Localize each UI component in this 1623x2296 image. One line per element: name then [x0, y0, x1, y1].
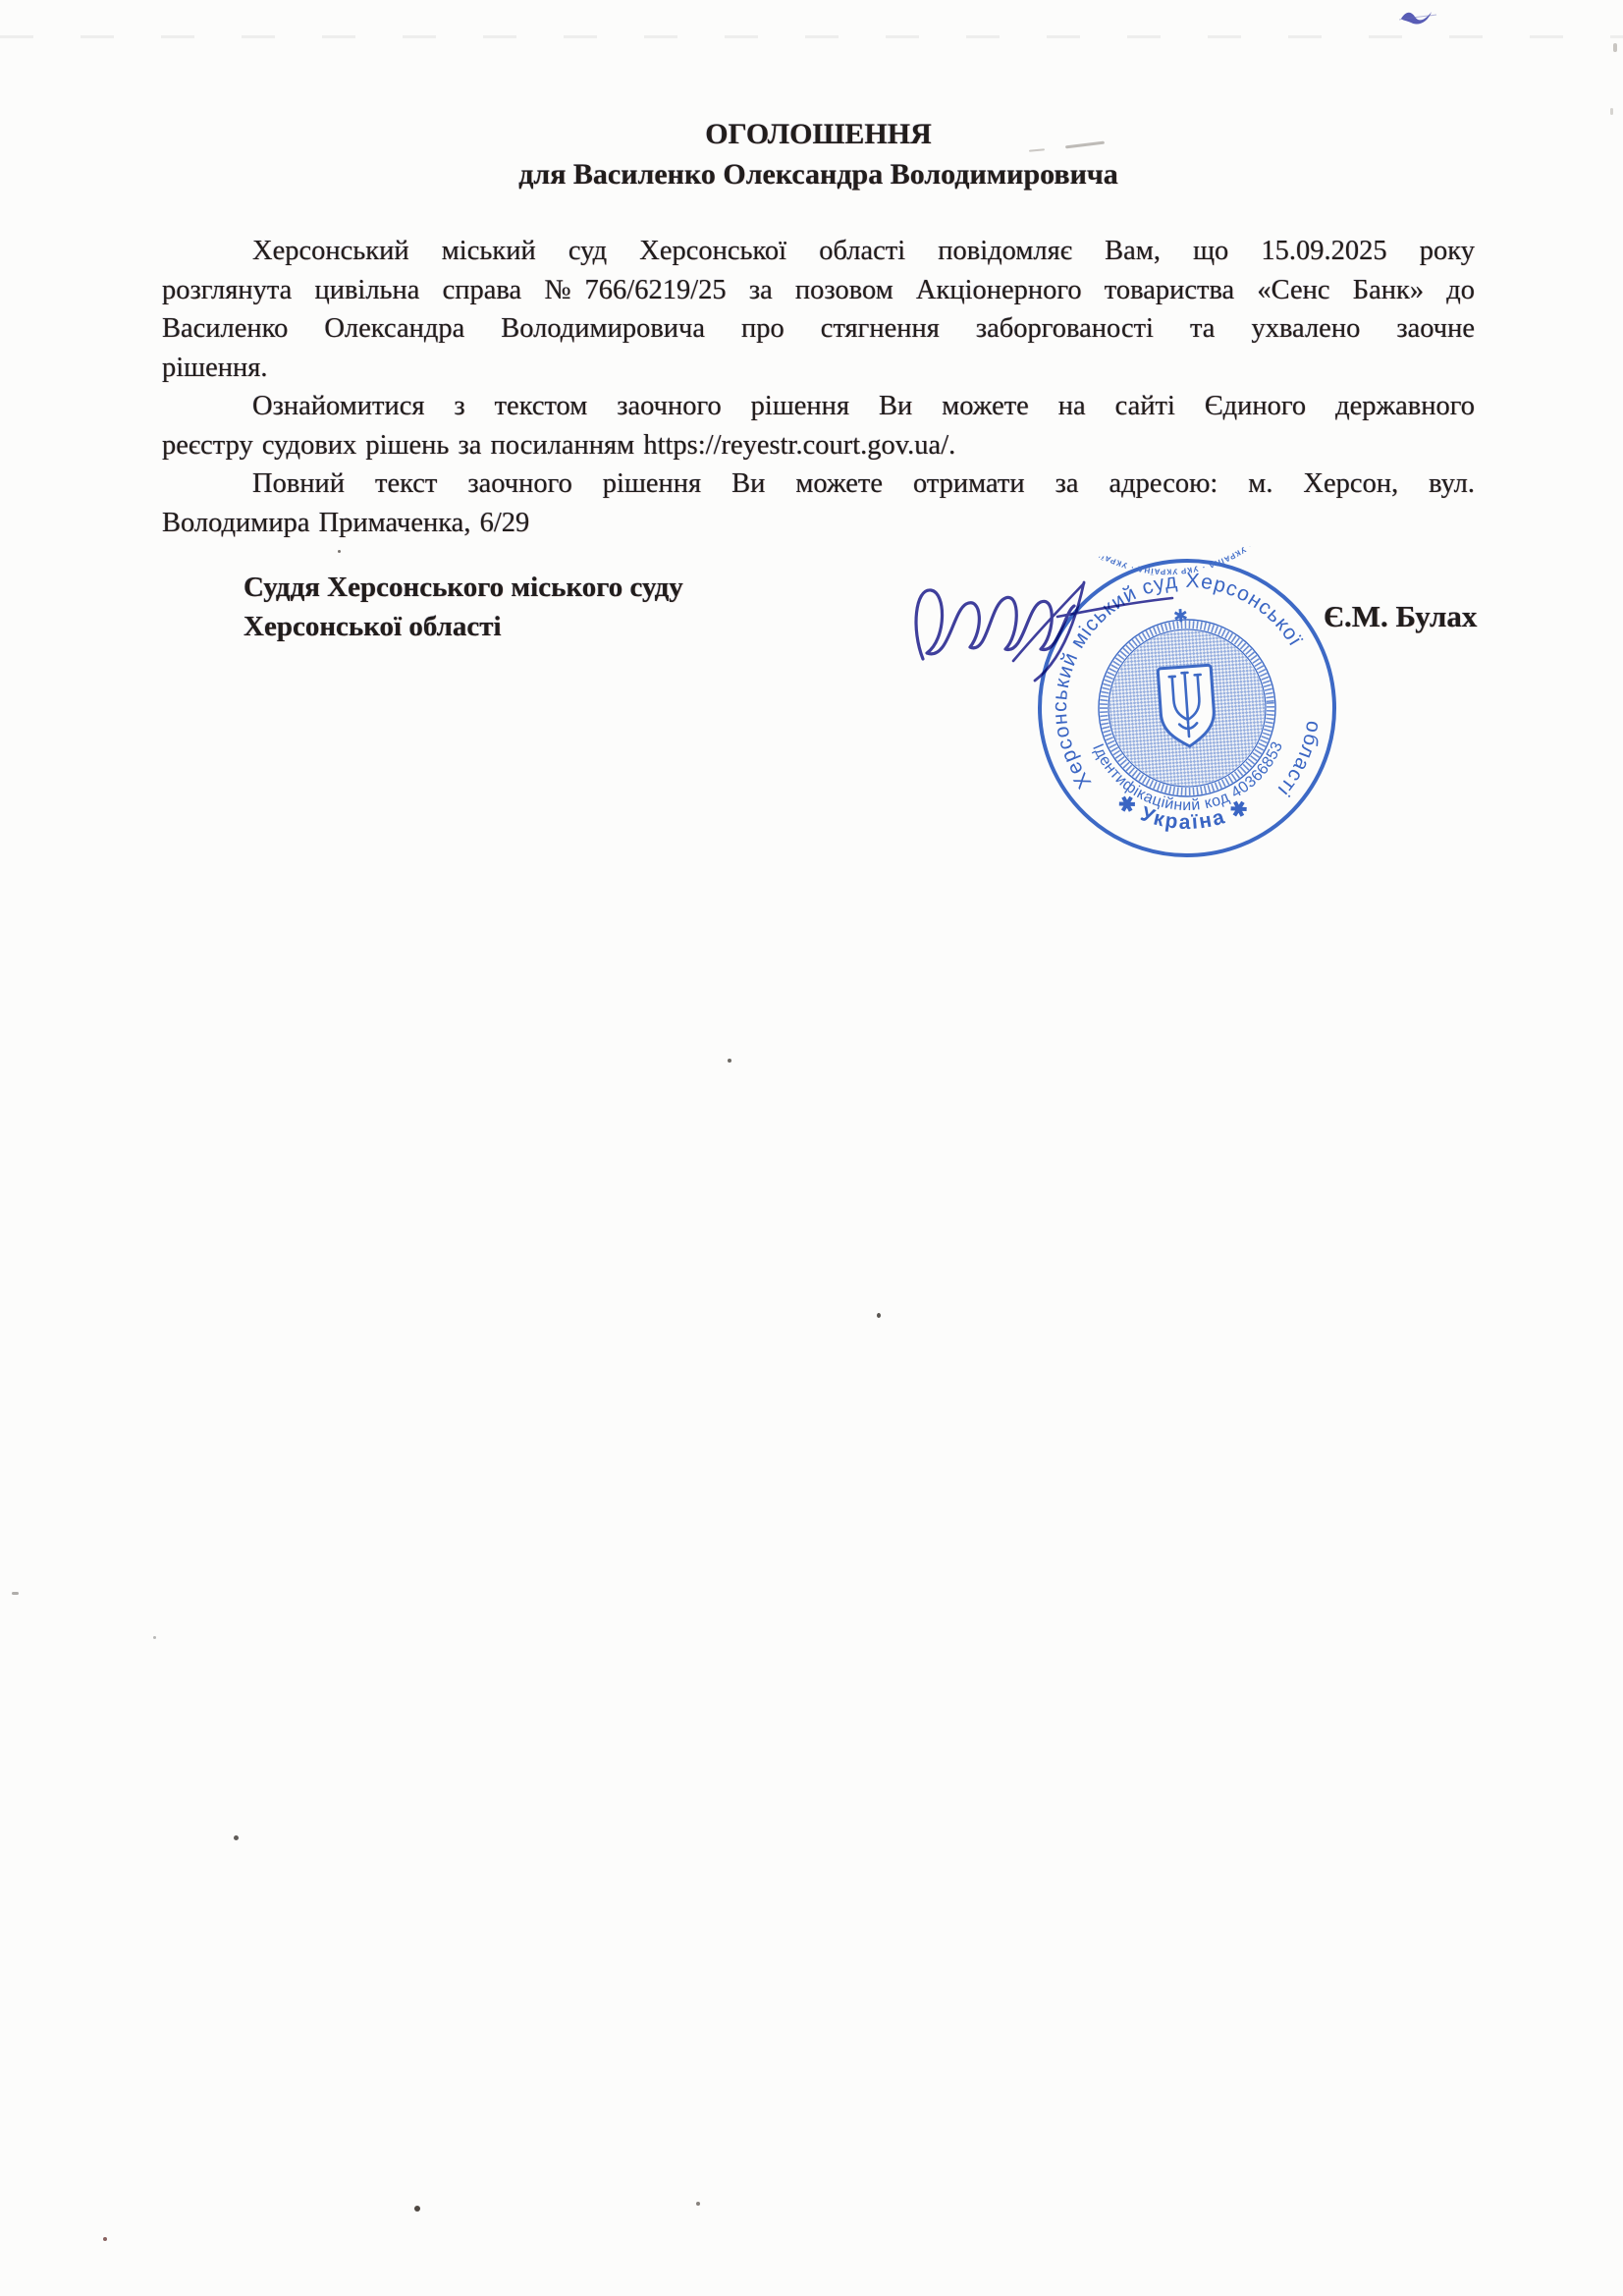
- body-line: Ознайомитися з текстом заочного рішення …: [162, 387, 1475, 426]
- scan-streak: [0, 35, 1623, 38]
- body-line: Василенко Олександра Володимировича про …: [162, 309, 1475, 349]
- title-block: ОГОЛОШЕННЯ для Василенко Олександра Воло…: [162, 114, 1475, 194]
- scan-speck: [696, 2202, 700, 2206]
- signature-name: Є.М. Булах: [1324, 599, 1477, 634]
- body-paragraphs: Херсонський міський суд Херсонської обла…: [162, 232, 1475, 542]
- signature-role-line: Херсонської області: [243, 607, 683, 646]
- scan-speck: [1610, 108, 1613, 115]
- ink-blot: [1399, 8, 1438, 29]
- body-line: Повний текст заочного рішення Ви можете …: [162, 465, 1475, 504]
- body-line: розглянута цивільна справа №766/6219/25 …: [162, 271, 1475, 310]
- scan-speck: [728, 1059, 731, 1063]
- scan-speck: [12, 1592, 19, 1595]
- scan-speck: [1613, 43, 1617, 52]
- document-page: ОГОЛОШЕННЯ для Василенко Олександра Воло…: [0, 0, 1623, 2296]
- page-subtitle: для Василенко Олександра Володимировича: [162, 154, 1475, 194]
- scan-speck: [153, 1636, 156, 1639]
- signature-role-line: Суддя Херсонського міського суду: [243, 568, 683, 607]
- scan-speck: [414, 2206, 420, 2212]
- body-line: рішення.: [162, 349, 1475, 388]
- scan-speck: [338, 550, 341, 553]
- body-line: Володимира Примаченка, 6/29: [162, 504, 1475, 543]
- scan-speck: [234, 1835, 239, 1840]
- scan-speck: [103, 2237, 107, 2241]
- scan-speck: [877, 1313, 881, 1318]
- handwritten-signature: [901, 553, 1255, 730]
- body-line: реєстру судових рішень за посиланням htt…: [162, 426, 1475, 465]
- body-line: Херсонський міський суд Херсонської обла…: [162, 232, 1475, 271]
- page-title: ОГОЛОШЕННЯ: [162, 114, 1475, 154]
- signature-role-block: Суддя Херсонського міського суду Херсонс…: [243, 568, 683, 646]
